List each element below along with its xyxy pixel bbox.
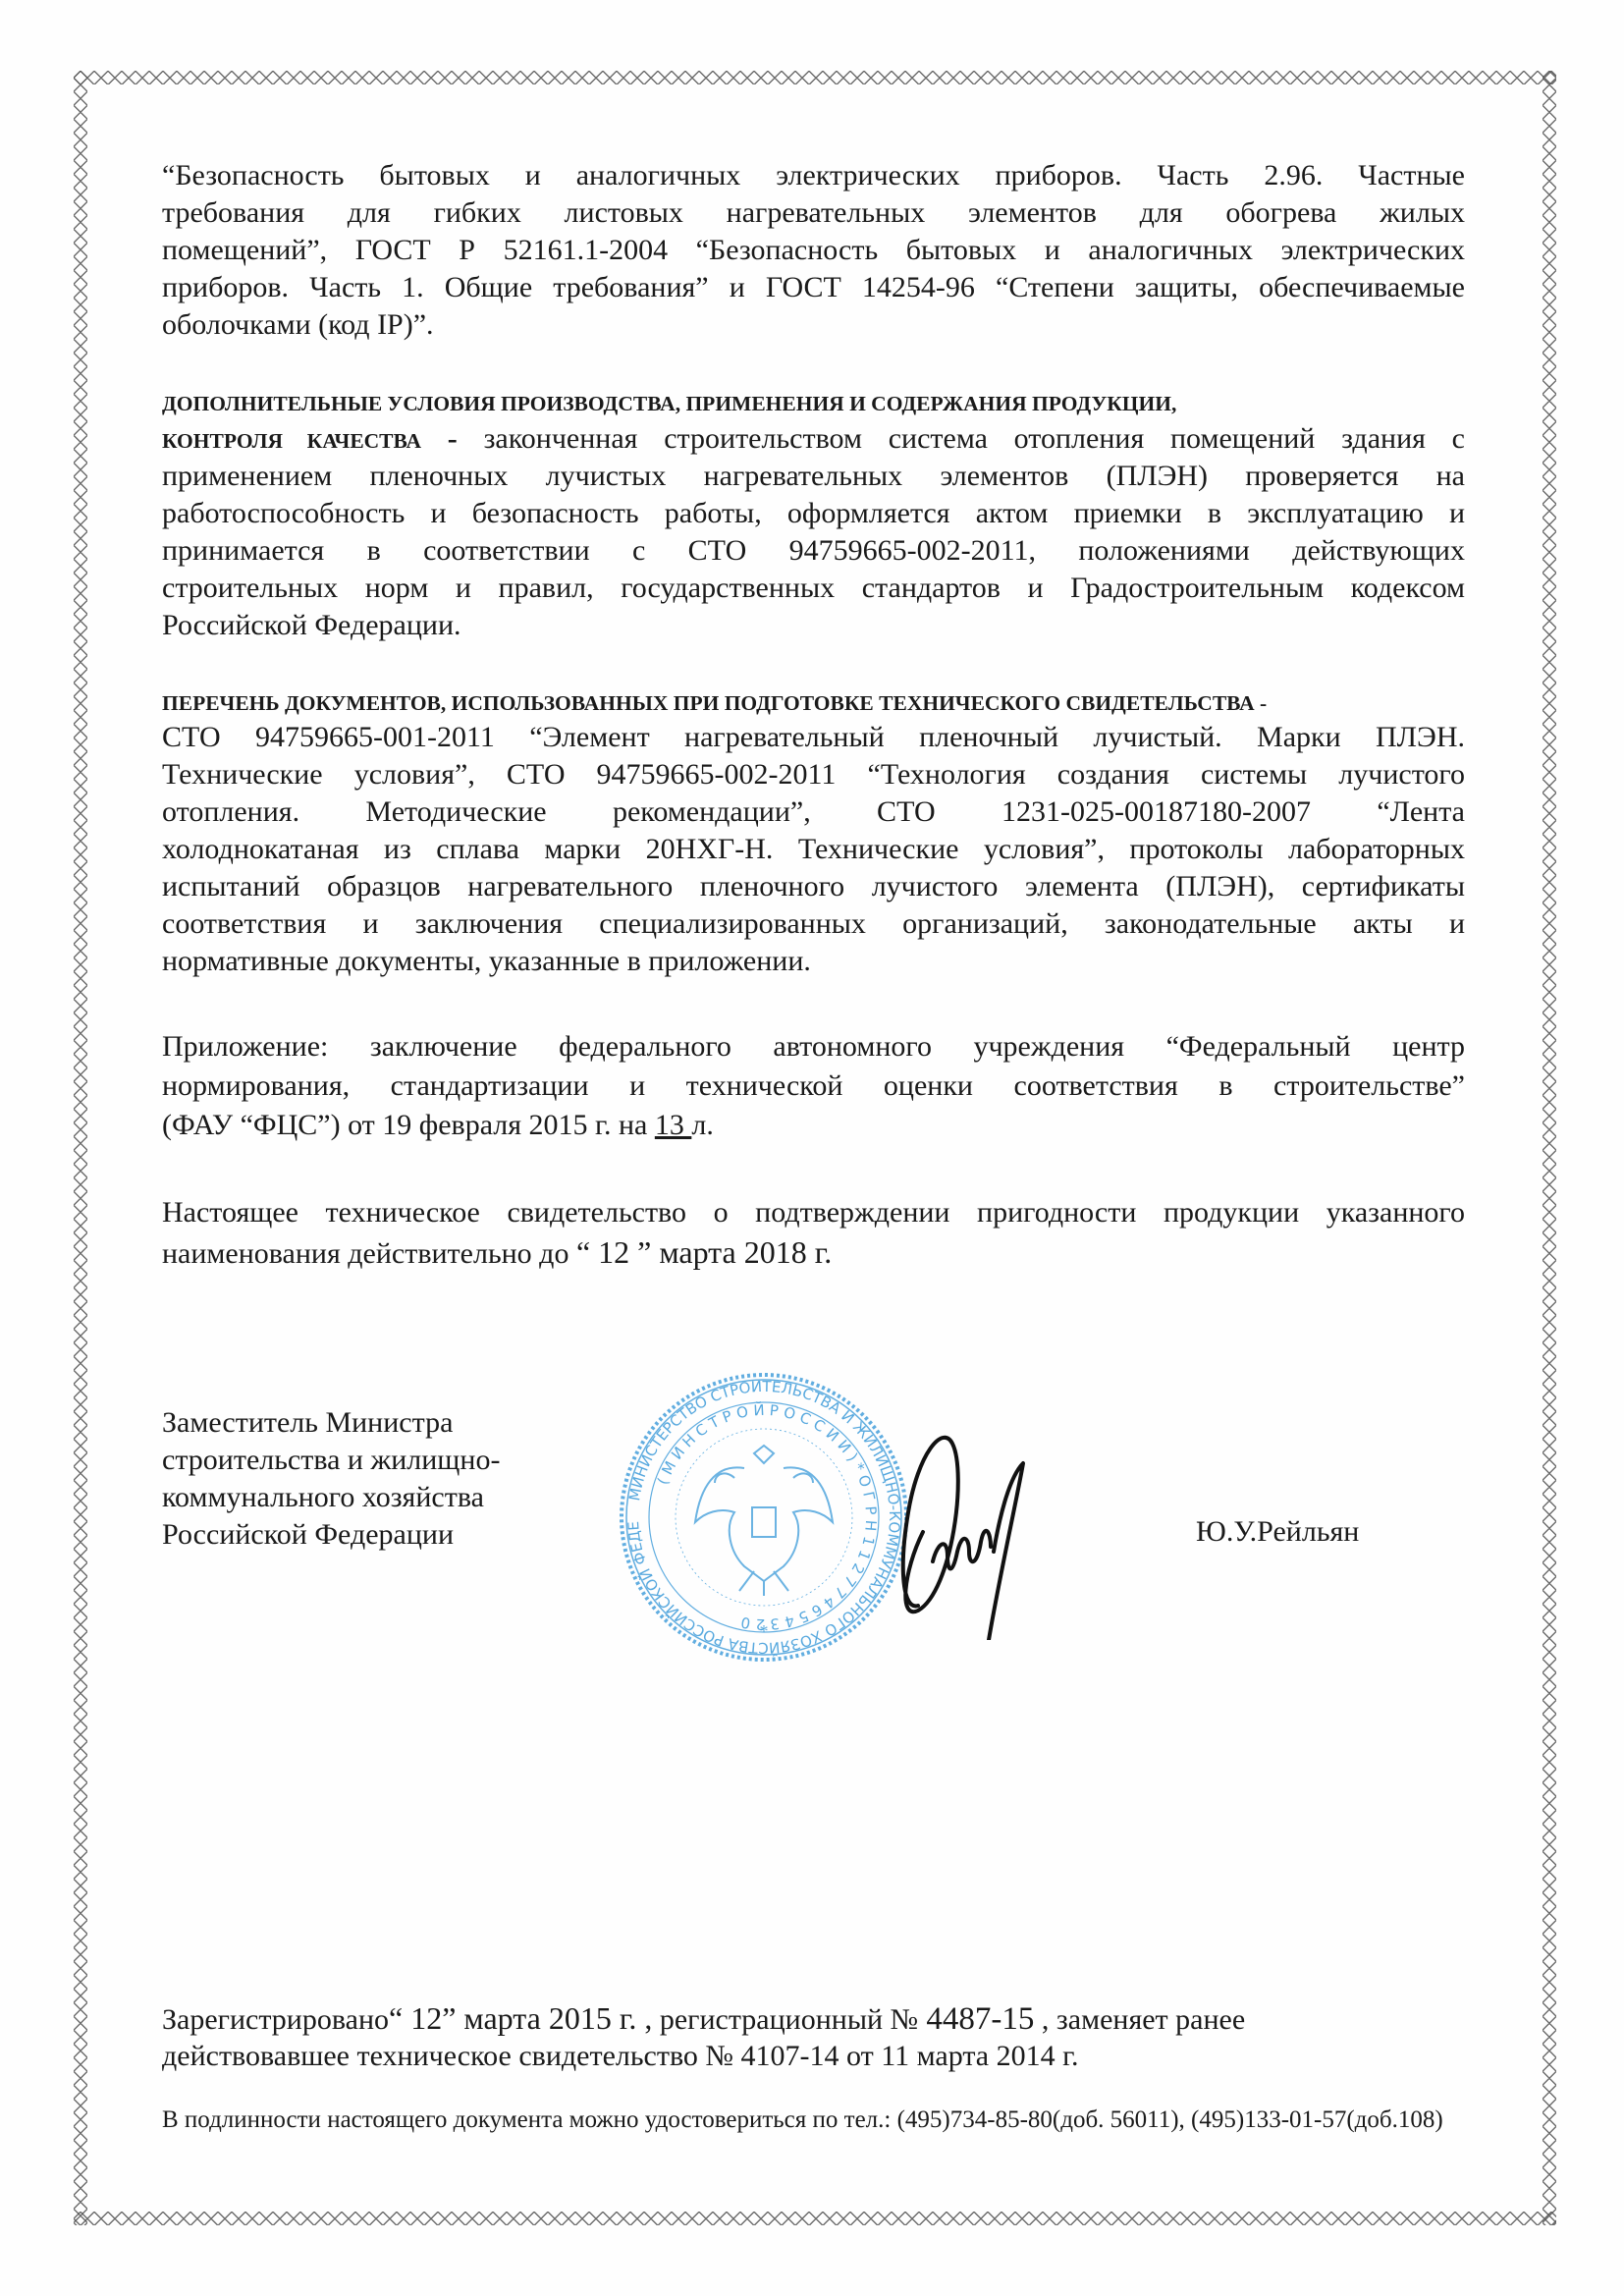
text-span: (ФАУ “ФЦС”) от 19 февраля 2015 г. на [162,1109,655,1141]
border-left [74,71,87,2225]
verification-note: В подлинности настоящего документа можно… [162,2102,1443,2140]
svg-text:( М И Н С Т Р О Й Р О С С И: ( М И Н С Т Р О Й Р О С С И И ) * О Г Р … [654,1400,880,1633]
text-line: соответствия и заключения специализирова… [162,905,1465,943]
text-line: помещений”, ГОСТ Р 52161.1-2004 “Безопас… [162,232,1465,269]
star-icon: * [760,1621,769,1641]
text-line: работоспособность и безопасность работы,… [162,495,1465,532]
text-line: Российской Федерации. [162,607,1465,644]
text-span: , заменяет ранее [1034,2003,1245,2036]
text-line: Настоящее техническое свидетельство о по… [162,1194,1465,1231]
text-line: испытаний образцов нагревательного плено… [162,868,1465,905]
text-line: “Безопасность бытовых и аналогичных элек… [162,157,1465,194]
text-line: отопления. Методические рекомендации”, С… [162,793,1465,831]
validity-day: “ 12 ” [576,1234,651,1270]
position-line: коммунального хозяйства [162,1479,484,1517]
section-heading: ДОПОЛНИТЕЛЬНЫЕ УСЛОВИЯ ПРОИЗВОДСТВА, ПРИ… [162,385,1380,422]
registration-day: “ 12” [389,2000,456,2036]
text-span: Зарегистрировано [162,2003,389,2036]
stamp-inner-text: ( М И Н С Т Р О Й Р О С С И И ) * О Г Р … [654,1400,880,1633]
section-heading: ПЕРЕЧЕНЬ ДОКУМЕНТОВ, ИСПОЛЬЗОВАННЫХ ПРИ … [162,684,1478,722]
page-count: 13 [655,1109,692,1141]
coat-of-arms-icon [695,1446,833,1596]
text-line: холоднокатаная из сплава марки 20НХГ-Н. … [162,831,1465,868]
registration-month: марта [456,2000,548,2036]
handwritten-signature [864,1414,1060,1640]
text-line: нормирования, стандартизации и техническ… [162,1067,1465,1105]
border-bottom [74,2212,1556,2225]
section-heading-cont: КОНТРОЛЯ КАЧЕСТВА [162,429,421,453]
document-page: “Безопасность бытовых и аналогичных элек… [0,0,1624,2296]
registration-number: 4487-15 [918,2001,1034,2037]
text-line: (ФАУ “ФЦС”) от 19 февраля 2015 г. на 13 … [162,1107,1465,1144]
text-line: оболочками (код IP)”. [162,306,1465,344]
text-line: Приложение: заключение федерального авто… [162,1028,1465,1066]
text-line: принимается в соответствии с СТО 9475966… [162,532,1465,570]
text-line: приборов. Часть 1. Общие требования” и Г… [162,269,1465,306]
text-line: требования для гибких листовых нагревате… [162,194,1465,232]
registration-year: 2015 г. , [549,2000,653,2036]
text-line: СТО 94759665-001-2011 “Элемент нагревате… [162,719,1465,756]
dash: - [421,422,484,455]
text-line: нормативные документы, указанные в прило… [162,943,1465,980]
position-line: строительства и жилищно- [162,1442,500,1480]
registration-line: действовавшее техническое свидетельство … [162,2038,1079,2076]
text-span: л. [691,1109,713,1141]
border-right [1543,71,1556,2225]
border-top [74,71,1556,84]
text-line: наименования действительно до “ 12 ” мар… [162,1233,1465,1273]
position-line: Заместитель Министра [162,1404,453,1443]
registration-line: Зарегистрировано“ 12” марта 2015 г. , ре… [162,1999,1245,2040]
validity-year: 2018 г. [744,1234,833,1270]
validity-month: марта [651,1234,743,1270]
position-line: Российской Федерации [162,1516,454,1555]
text-span: законченная строительством система отопл… [484,422,1465,455]
text-span: наименования действительно до [162,1237,576,1270]
text-line: применением пленочных лучистых нагревате… [162,458,1465,495]
text-line: строительных норм и правил, государствен… [162,570,1465,607]
text-line: КОНТРОЛЯ КАЧЕСТВА - законченная строител… [162,420,1465,460]
signatory-name: Ю.У.Рейльян [1196,1515,1359,1549]
text-span: регистрационный № [652,2003,918,2036]
text-line: Технические условия”, СТО 94759665-002-2… [162,756,1465,793]
